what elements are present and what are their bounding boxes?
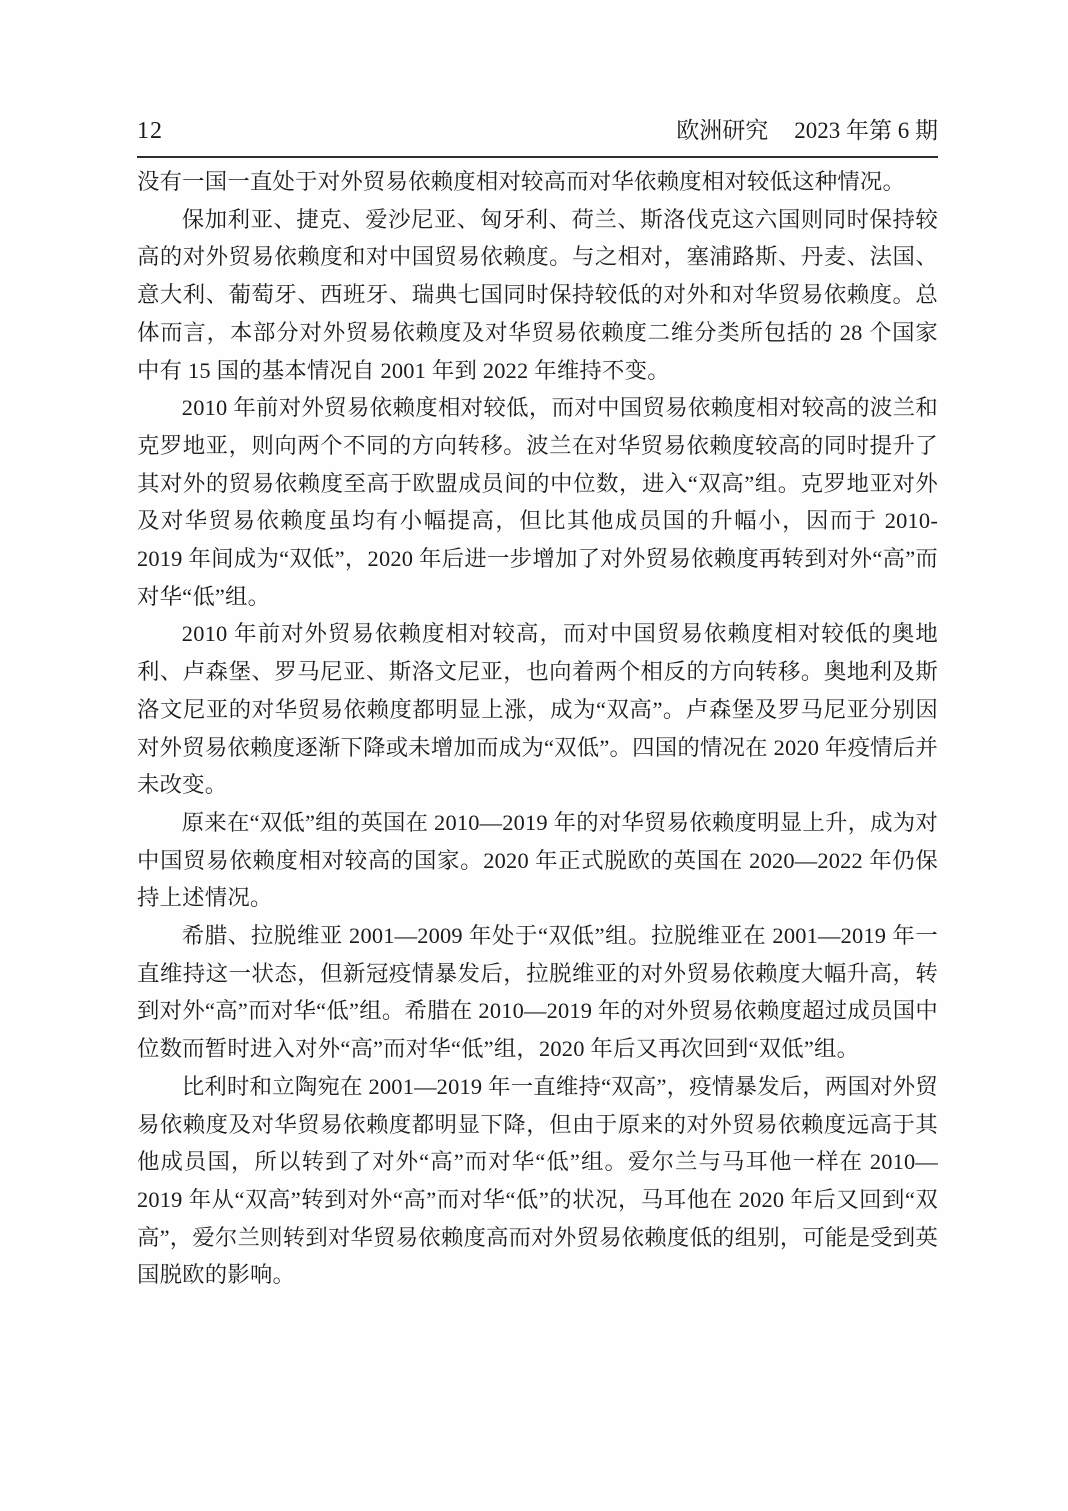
article-body: 没有一国一直处于对外贸易依赖度相对较高而对华依赖度相对较低这种情况。 保加利亚、… (137, 163, 938, 1294)
journal-title: 欧洲研究 (676, 118, 768, 143)
page-header: 12 欧洲研究2023 年第 6 期 (137, 112, 938, 158)
paragraph: 2010 年前对外贸易依赖度相对较低，而对中国贸易依赖度相对较高的波兰和克罗地亚… (137, 389, 938, 615)
page-number: 12 (137, 118, 163, 145)
paragraph: 2010 年前对外贸易依赖度相对较高，而对中国贸易依赖度相对较低的奥地利、卢森堡… (137, 615, 938, 804)
paragraph: 比利时和立陶宛在 2001—2019 年一直维持“双高”，疫情暴发后，两国对外贸… (137, 1068, 938, 1294)
running-head: 欧洲研究2023 年第 6 期 (676, 112, 938, 145)
paragraph: 没有一国一直处于对外贸易依赖度相对较高而对华依赖度相对较低这种情况。 (137, 163, 938, 201)
journal-page: 12 欧洲研究2023 年第 6 期 没有一国一直处于对外贸易依赖度相对较高而对… (0, 0, 1068, 1511)
paragraph: 保加利亚、捷克、爱沙尼亚、匈牙利、荷兰、斯洛伐克这六国则同时保持较高的对外贸易依… (137, 201, 938, 390)
journal-issue: 2023 年第 6 期 (794, 118, 938, 143)
paragraph: 原来在“双低”组的英国在 2010—2019 年的对华贸易依赖度明显上升，成为对… (137, 804, 938, 917)
paragraph: 希腊、拉脱维亚 2001—2009 年处于“双低”组。拉脱维亚在 2001—20… (137, 917, 938, 1068)
